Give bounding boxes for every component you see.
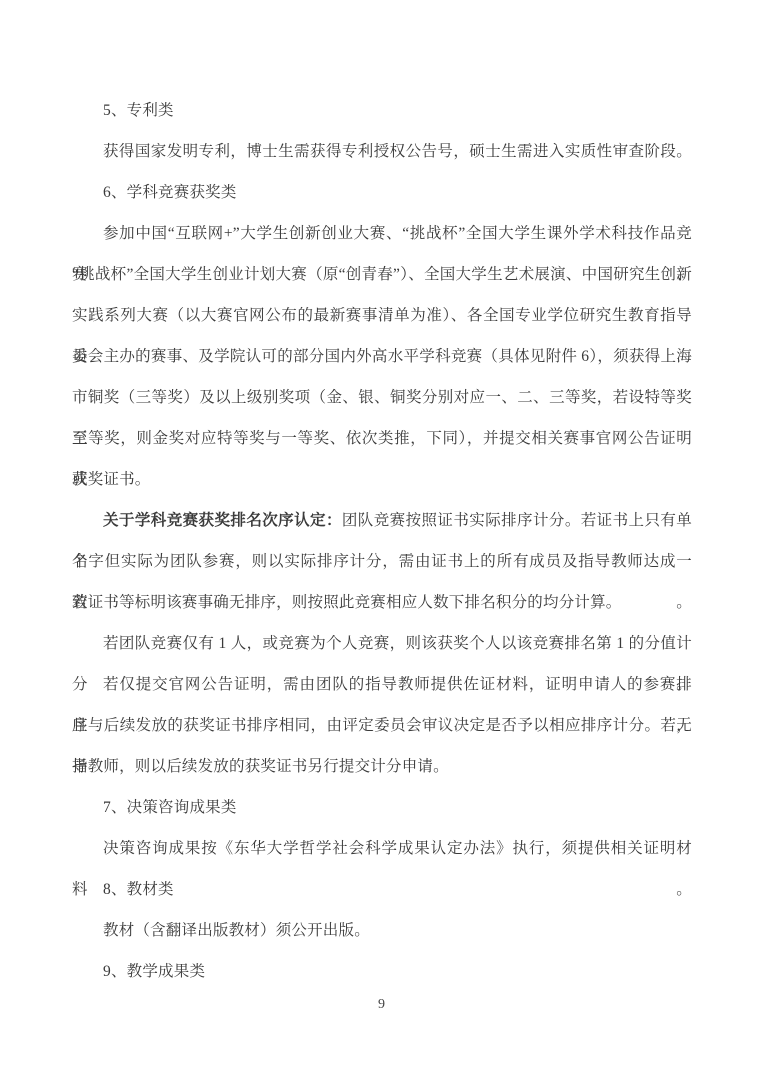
document-line: 获奖证书。 <box>72 459 692 500</box>
document-line: 名字但实际为团队参赛，则以实际排序计分，需由证书上的所有成员及指导教师达成一致。 <box>72 541 692 582</box>
document-line: 若证书等标明该赛事确无排序，则按照此竞赛相应人数下排名积分的均分计算。 <box>72 582 692 623</box>
document-line-heading-9: 9、教学成果类 <box>72 951 692 992</box>
page-number: 9 <box>0 995 763 1015</box>
document-line-bold-lead: 关于学科竞赛获奖排名次序认定：团队竞赛按照证书实际排序计分。若证书上只有单个 <box>72 500 692 541</box>
document-page: 5、专利类 获得国家发明专利，博士生需获得专利授权公告号，硕士生需进入实质性审查… <box>0 0 763 1079</box>
document-line: 若仅提交官网公告证明，需由团队的指导教师提供佐证材料，证明申请人的参赛排序， <box>72 664 692 705</box>
document-line-heading-6: 6、学科竞赛获奖类 <box>72 172 692 213</box>
document-line-heading-7: 7、决策咨询成果类 <box>72 787 692 828</box>
document-line: 决策咨询成果按《东华大学哲学社会科学成果认定办法》执行，须提供相关证明材料。 <box>72 828 692 869</box>
document-body: 5、专利类 获得国家发明专利，博士生需获得专利授权公告号，硕士生需进入实质性审查… <box>72 90 692 992</box>
document-line: 市铜奖（三等奖）及以上级别奖项（金、银、铜奖分别对应一、二、三等奖，若设特等奖至 <box>72 377 692 418</box>
document-line: 获得国家发明专利，博士生需获得专利授权公告号，硕士生需进入实质性审查阶段。 <box>72 131 692 172</box>
document-line: 员会主办的赛事、及学院认可的部分国内外高水平学科竞赛（具体见附件 6），须获得上… <box>72 336 692 377</box>
document-line: “挑战杯”全国大学生创业计划大赛（原“创青春”）、全国大学生艺术展演、中国研究生… <box>72 254 692 295</box>
document-line: 三等奖，则金奖对应特等奖与一等奖、依次类推，下同），并提交相关赛事官网公告证明或 <box>72 418 692 459</box>
document-line: 若团队竞赛仅有 1 人，或竞赛为个人竞赛，则该获奖个人以该竞赛排名第 1 的分值… <box>72 623 692 664</box>
document-line: 且与后续发放的获奖证书排序相同，由评定委员会审议决定是否予以相应排序计分。若无指 <box>72 705 692 746</box>
document-line: 参加中国“互联网+”大学生创新创业大赛、“挑战杯”全国大学生课外学术科技作品竞赛… <box>72 213 692 254</box>
document-line: 教材（含翻译出版教材）须公开出版。 <box>72 910 692 951</box>
document-line: 导教师，则以后续发放的获奖证书另行提交计分申请。 <box>72 746 692 787</box>
document-line: 实践系列大赛（以大赛官网公布的最新赛事清单为准）、各全国专业学位研究生教育指导委 <box>72 295 692 336</box>
bold-run: 关于学科竞赛获奖排名次序认定： <box>103 512 342 529</box>
document-line-heading-5: 5、专利类 <box>72 90 692 131</box>
